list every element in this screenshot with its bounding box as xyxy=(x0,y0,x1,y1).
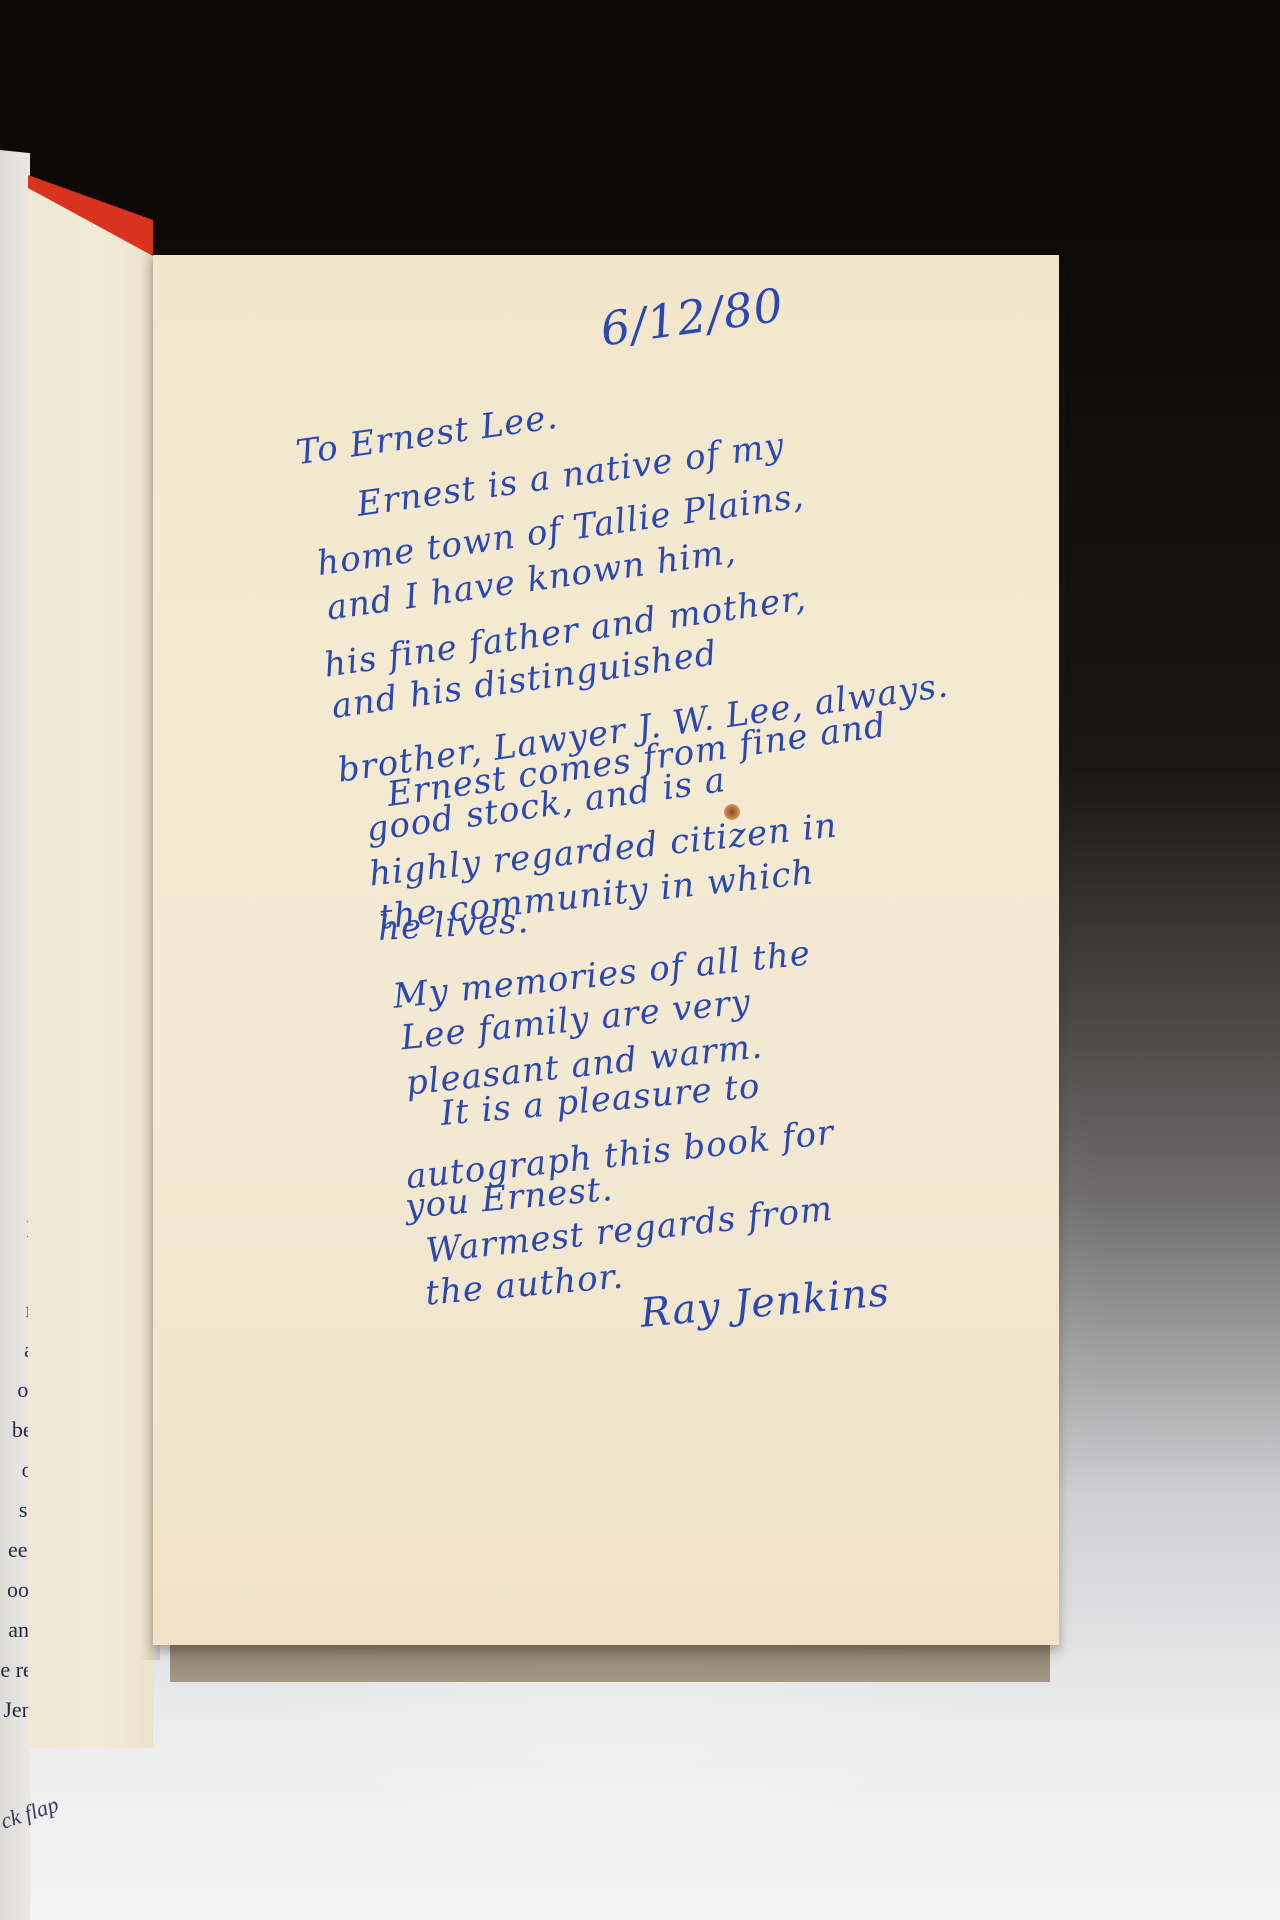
page-shadow xyxy=(170,1642,1050,1682)
inner-left-page xyxy=(28,188,153,1748)
inscription-line: he lives. xyxy=(377,901,530,949)
